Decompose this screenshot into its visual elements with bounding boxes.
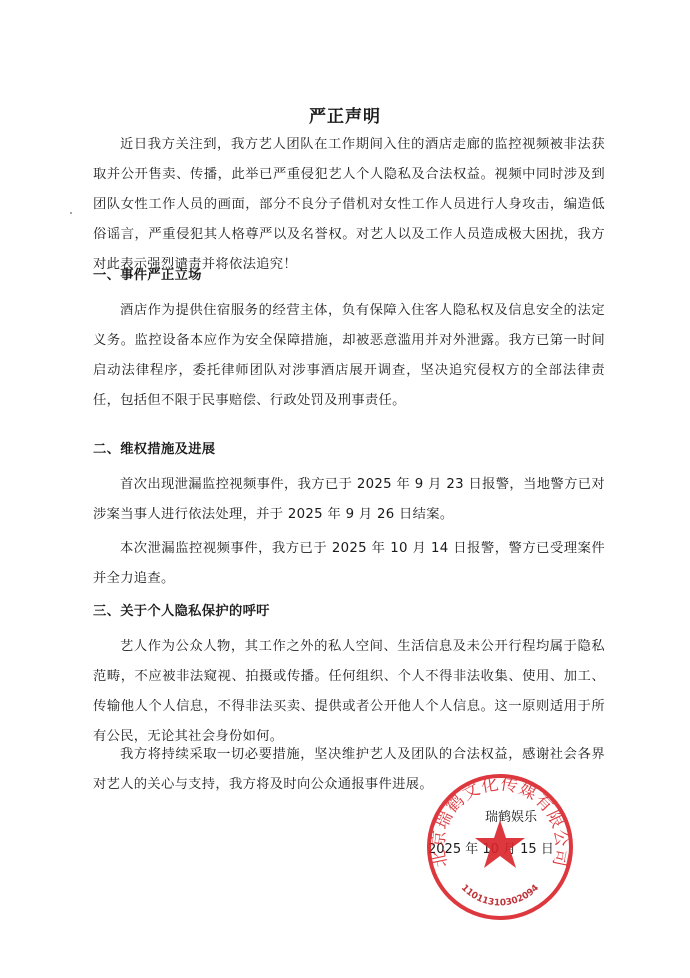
section-1-heading: 一、事件严正立场 <box>93 264 202 283</box>
document-title: 严正声明 <box>0 102 690 127</box>
scan-speck <box>70 212 72 214</box>
svg-text:11011310302094: 11011310302094 <box>459 883 541 908</box>
section-1-paragraph: 酒店作为提供住宿服务的经营主体，负有保障入住客人隐私权及信息安全的法定义务。监控… <box>93 296 605 416</box>
intro-paragraph: 近日我方关注到，我方艺人团队在工作期间入住的酒店走廊的监控视频被非法获取并公开售… <box>93 130 605 280</box>
section-2-heading: 二、维权措施及进展 <box>93 438 215 457</box>
section-3-paragraph: 艺人作为公众人物，其工作之外的私人空间、生活信息及未公开行程均属于隐私范畴，不应… <box>93 632 605 752</box>
section-2-paragraph-1: 首次出现泄漏监控视频事件，我方已于 2025 年 9 月 23 日报警，当地警方… <box>93 470 605 530</box>
section-2-paragraph-2: 本次泄漏监控视频事件，我方已于 2025 年 10 月 14 日报警，警方已受理… <box>93 534 605 594</box>
seal-number: 11011310302094 <box>459 883 541 908</box>
company-seal-icon: 北京瑞鹤文化传媒有限公司 11011310302094 <box>425 772 575 922</box>
section-3-heading: 三、关于个人隐私保护的呼吁 <box>93 600 270 619</box>
statement-page: 严正声明 近日我方关注到，我方艺人团队在工作期间入住的酒店走廊的监控视频被非法获… <box>0 0 690 978</box>
